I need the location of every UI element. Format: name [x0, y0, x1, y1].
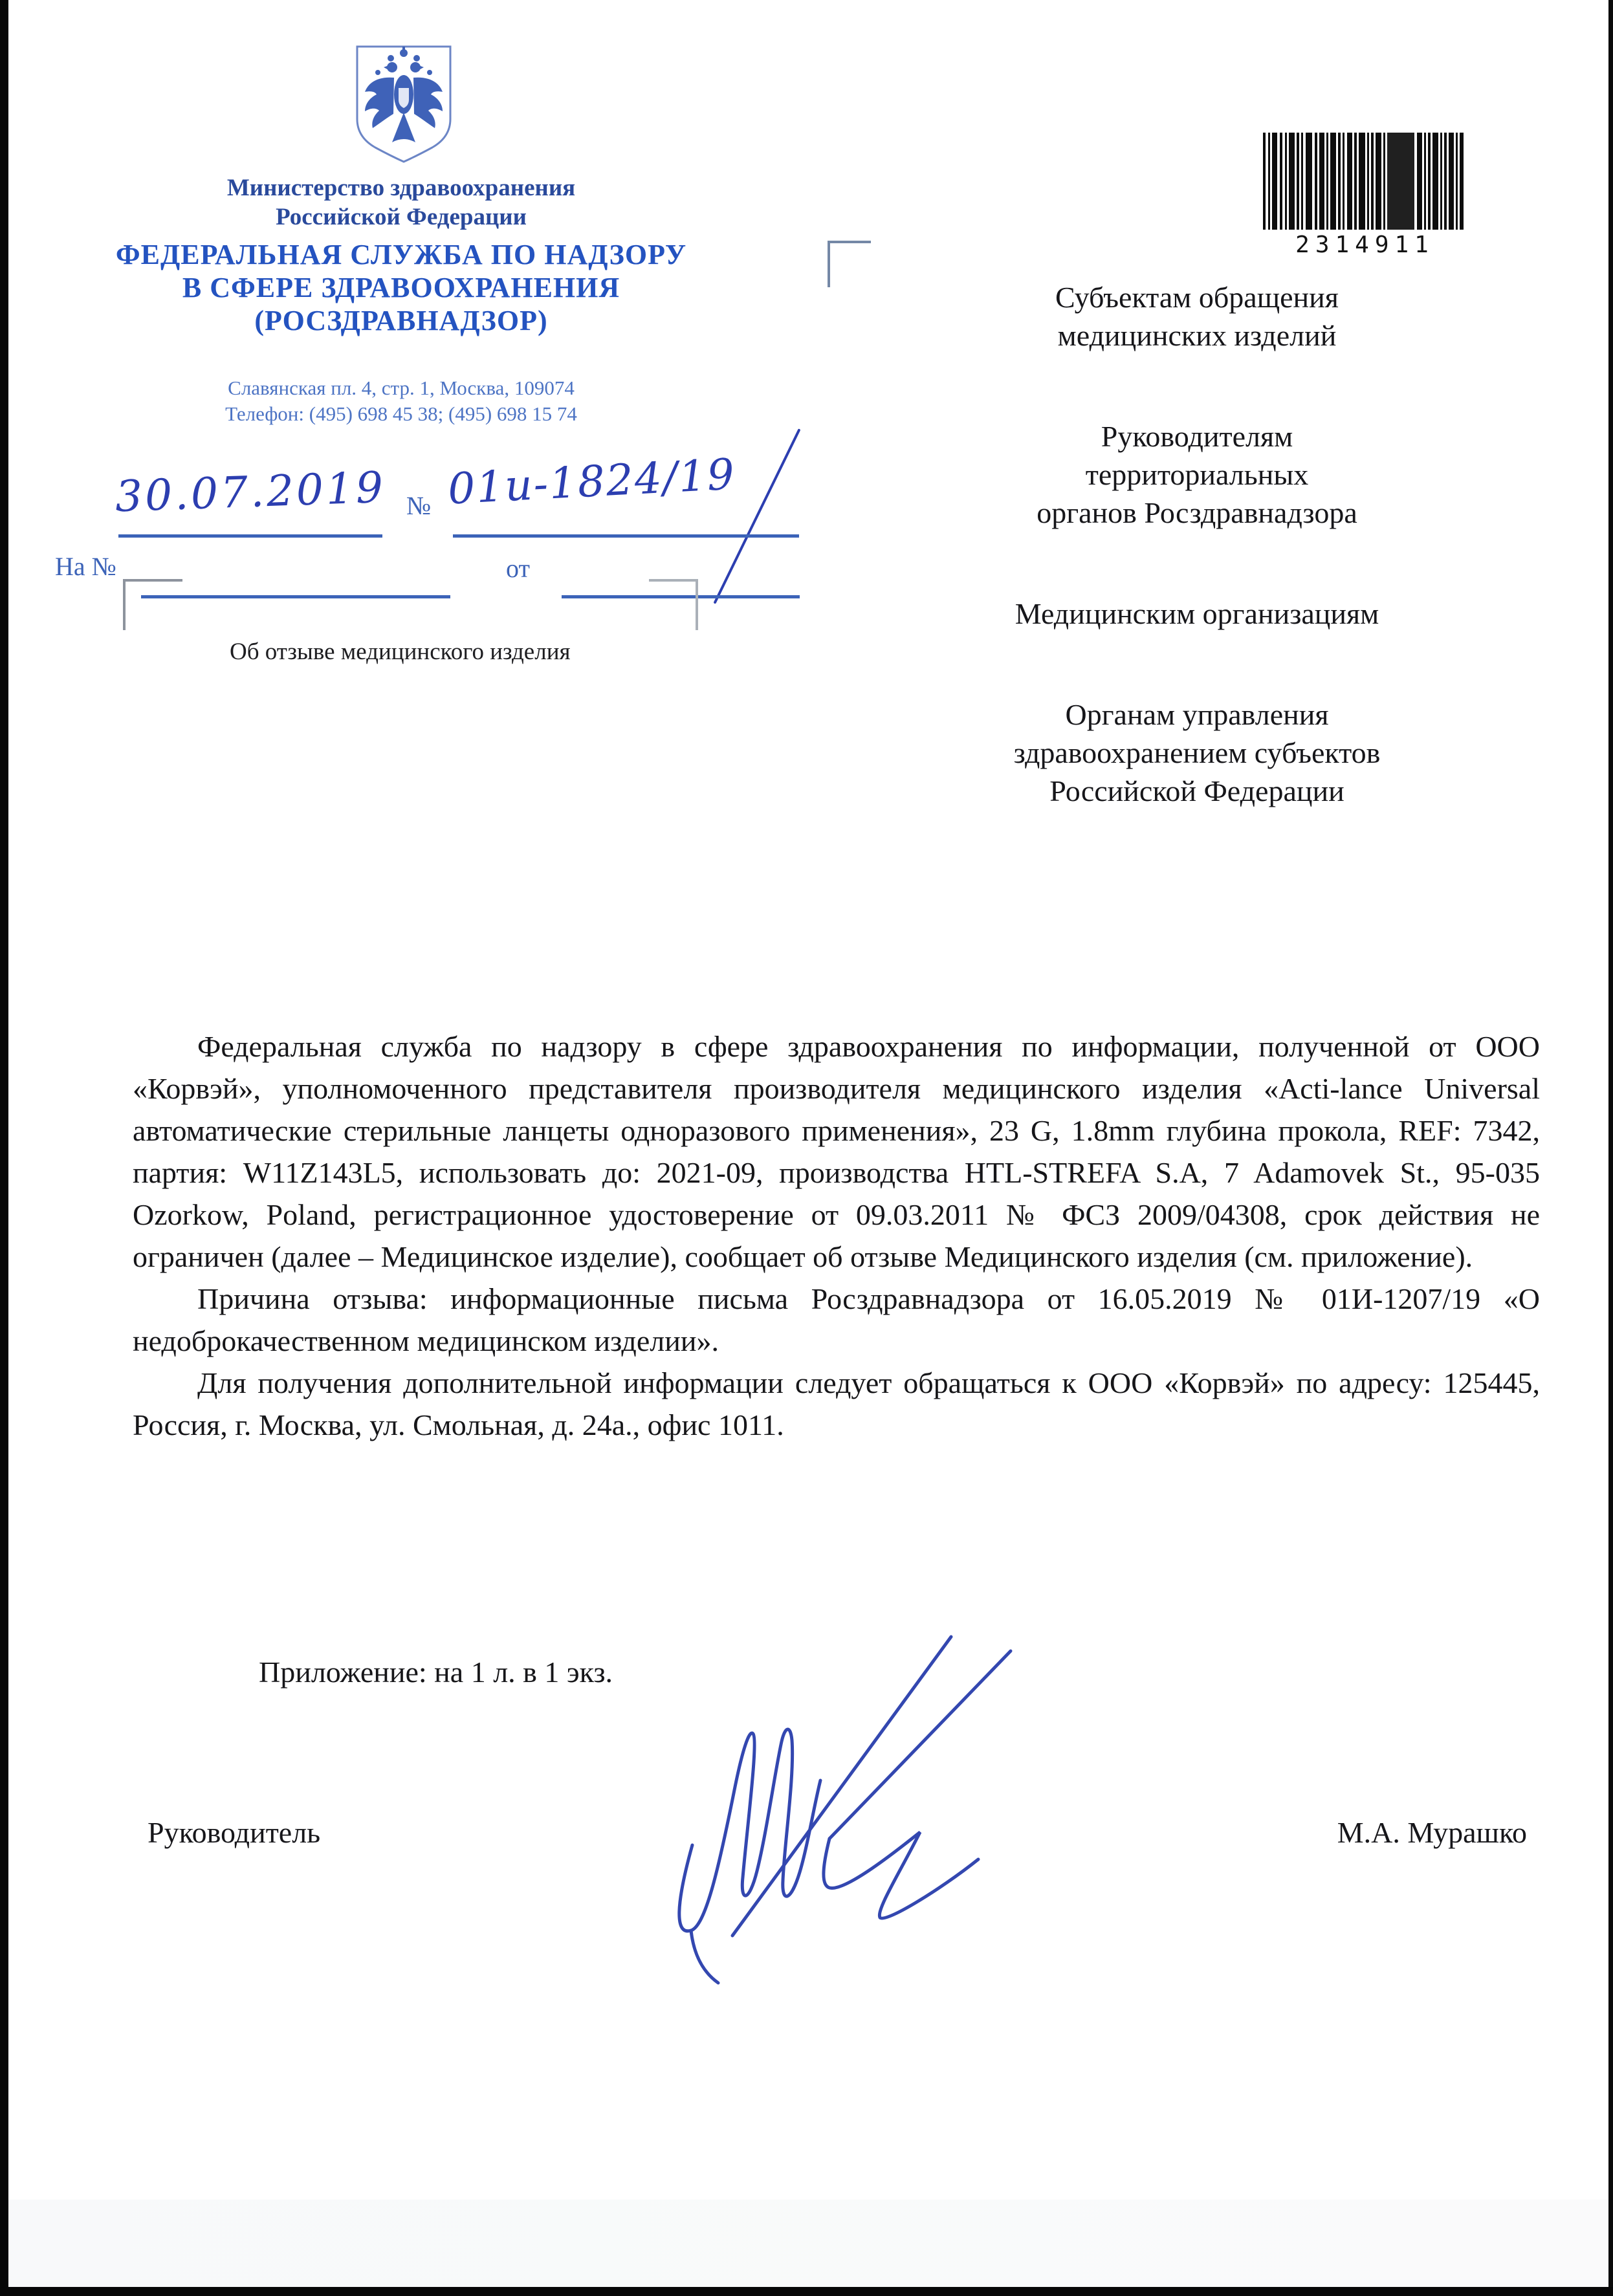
ministry-title: Министерство здравоохранения Российской … [58, 173, 744, 232]
reply-number-underline [141, 595, 450, 598]
addressee-medical-device-subjects: Субъектам обращения медицинских изделий [835, 278, 1559, 355]
addressees-column: Субъектам обращения медицинских изделий … [835, 278, 1559, 810]
handwritten-outgoing-number: 01и-1824/19 [446, 449, 736, 514]
addressee-territorial-heads: Руководителям территориальных органов Ро… [835, 417, 1559, 532]
date-underline [118, 534, 382, 538]
coat-of-arms-icon [353, 43, 454, 164]
scanned-letter-page: Министерство здравоохранения Российской … [0, 0, 1613, 2296]
attachment-note: Приложение: на 1 л. в 1 экз. [259, 1655, 613, 1689]
subject-line: Об отзыве медицинского изделия [230, 638, 812, 666]
handwritten-date: 30.07.2019 [115, 463, 386, 522]
signature-autograph [615, 1630, 1068, 2006]
stamp-area-bracket-right [649, 579, 698, 630]
letter-body: Федеральная служба по надзору в сфере зд… [133, 1025, 1540, 1446]
scan-noise-band [8, 2200, 1608, 2287]
body-paragraph-1: Федеральная служба по надзору в сфере зд… [133, 1025, 1540, 1278]
addressee-regional-health-authorities: Органам управления здравоохранением субъ… [835, 695, 1559, 810]
scan-edge-left [0, 0, 8, 2296]
signer-name: М.А. Мурашко [1288, 1815, 1527, 1850]
federal-service-title: ФЕДЕРАЛЬНАЯ СЛУЖБА ПО НАДЗОРУ В СФЕРЕ ЗД… [39, 238, 763, 337]
number-sign-label: № [406, 490, 431, 521]
barcode [1263, 133, 1467, 230]
number-underline [453, 534, 799, 538]
body-paragraph-2: Причина отзыва: информационные письма Ро… [133, 1278, 1540, 1362]
reply-from-label: от [506, 553, 530, 584]
addressee-medical-organizations: Медицинским организациям [835, 595, 1559, 633]
body-paragraph-3: Для получения дополнительной информации … [133, 1362, 1540, 1446]
scan-edge-bottom [0, 2287, 1613, 2296]
signer-position: Руководитель [148, 1815, 320, 1850]
scan-edge-right [1608, 0, 1613, 2296]
letterhead-address-phone: Славянская пл. 4, стр. 1, Москва, 109074… [58, 375, 744, 427]
reply-to-number-label: На № [55, 551, 116, 582]
stamp-area-bracket-left [123, 579, 182, 630]
letterhead-address: Славянская пл. 4, стр. 1, Москва, 109074 [58, 375, 744, 401]
letterhead-phone: Телефон: (495) 698 45 38; (495) 698 15 7… [58, 401, 744, 427]
barcode-number: 2314911 [1260, 232, 1469, 258]
